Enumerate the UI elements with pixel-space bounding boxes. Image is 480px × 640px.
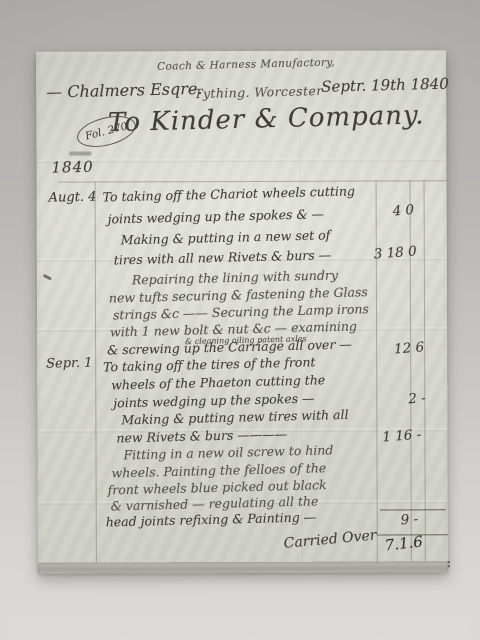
amount-column-rule-pounds xyxy=(376,181,378,573)
fold-crease xyxy=(36,158,446,162)
entry-date-august: Augt. 4 xyxy=(48,190,96,206)
entry-amount: 4 0 xyxy=(392,202,415,220)
ledger-year: 1840 xyxy=(51,158,94,177)
entry-amount: 12 6 xyxy=(394,339,425,357)
header-rule xyxy=(59,180,447,182)
invoice-date: Septr. 19th 1840 xyxy=(321,75,449,96)
paper-sheet: Coach & Harness Manufactory, — Chalmers … xyxy=(36,50,448,573)
addressee: — Chalmers Esqre. xyxy=(46,79,203,102)
paper-bottom-fold xyxy=(38,561,448,573)
entry-line: new Rivets & burs ———— xyxy=(116,426,287,445)
entry-date-september: Sepr. 1 xyxy=(46,356,93,372)
entry-amount: 2 - xyxy=(408,390,427,407)
letterhead-business: Coach & Harness Manufactory, xyxy=(136,56,356,73)
entry-line: joints wedging up the spokes & — xyxy=(107,206,324,226)
entry-amount: 9 - xyxy=(400,511,419,528)
small-print-mark xyxy=(69,152,91,156)
entry-amount: 1 16 - xyxy=(382,427,422,446)
amount-column-rule-pence xyxy=(424,180,426,572)
entry-line: To taking off the Chariot wheels cutting xyxy=(102,183,355,204)
entry-amount: 3 18 0 xyxy=(373,243,417,262)
entry-line: wheels of the Phaeton cutting the xyxy=(111,372,325,392)
carried-total: 7.1.6 xyxy=(384,532,424,554)
ink-smudge xyxy=(43,274,52,281)
entry-line: Repairing the lining with sundry xyxy=(132,267,338,287)
letterhead-address: Tything. Worcester xyxy=(194,83,323,101)
carried-over-label: Carried Over xyxy=(283,527,377,551)
entry-line: Making & putting new tires with all xyxy=(121,407,348,428)
entry-line: Fitting in a new oil screw to hind xyxy=(123,442,333,462)
date-column-rule xyxy=(95,182,97,574)
subtotal-rule xyxy=(380,509,446,510)
entry-line: To taking off the tires of the front xyxy=(103,354,316,374)
payee-heading: To Kinder & Company. xyxy=(91,100,442,139)
